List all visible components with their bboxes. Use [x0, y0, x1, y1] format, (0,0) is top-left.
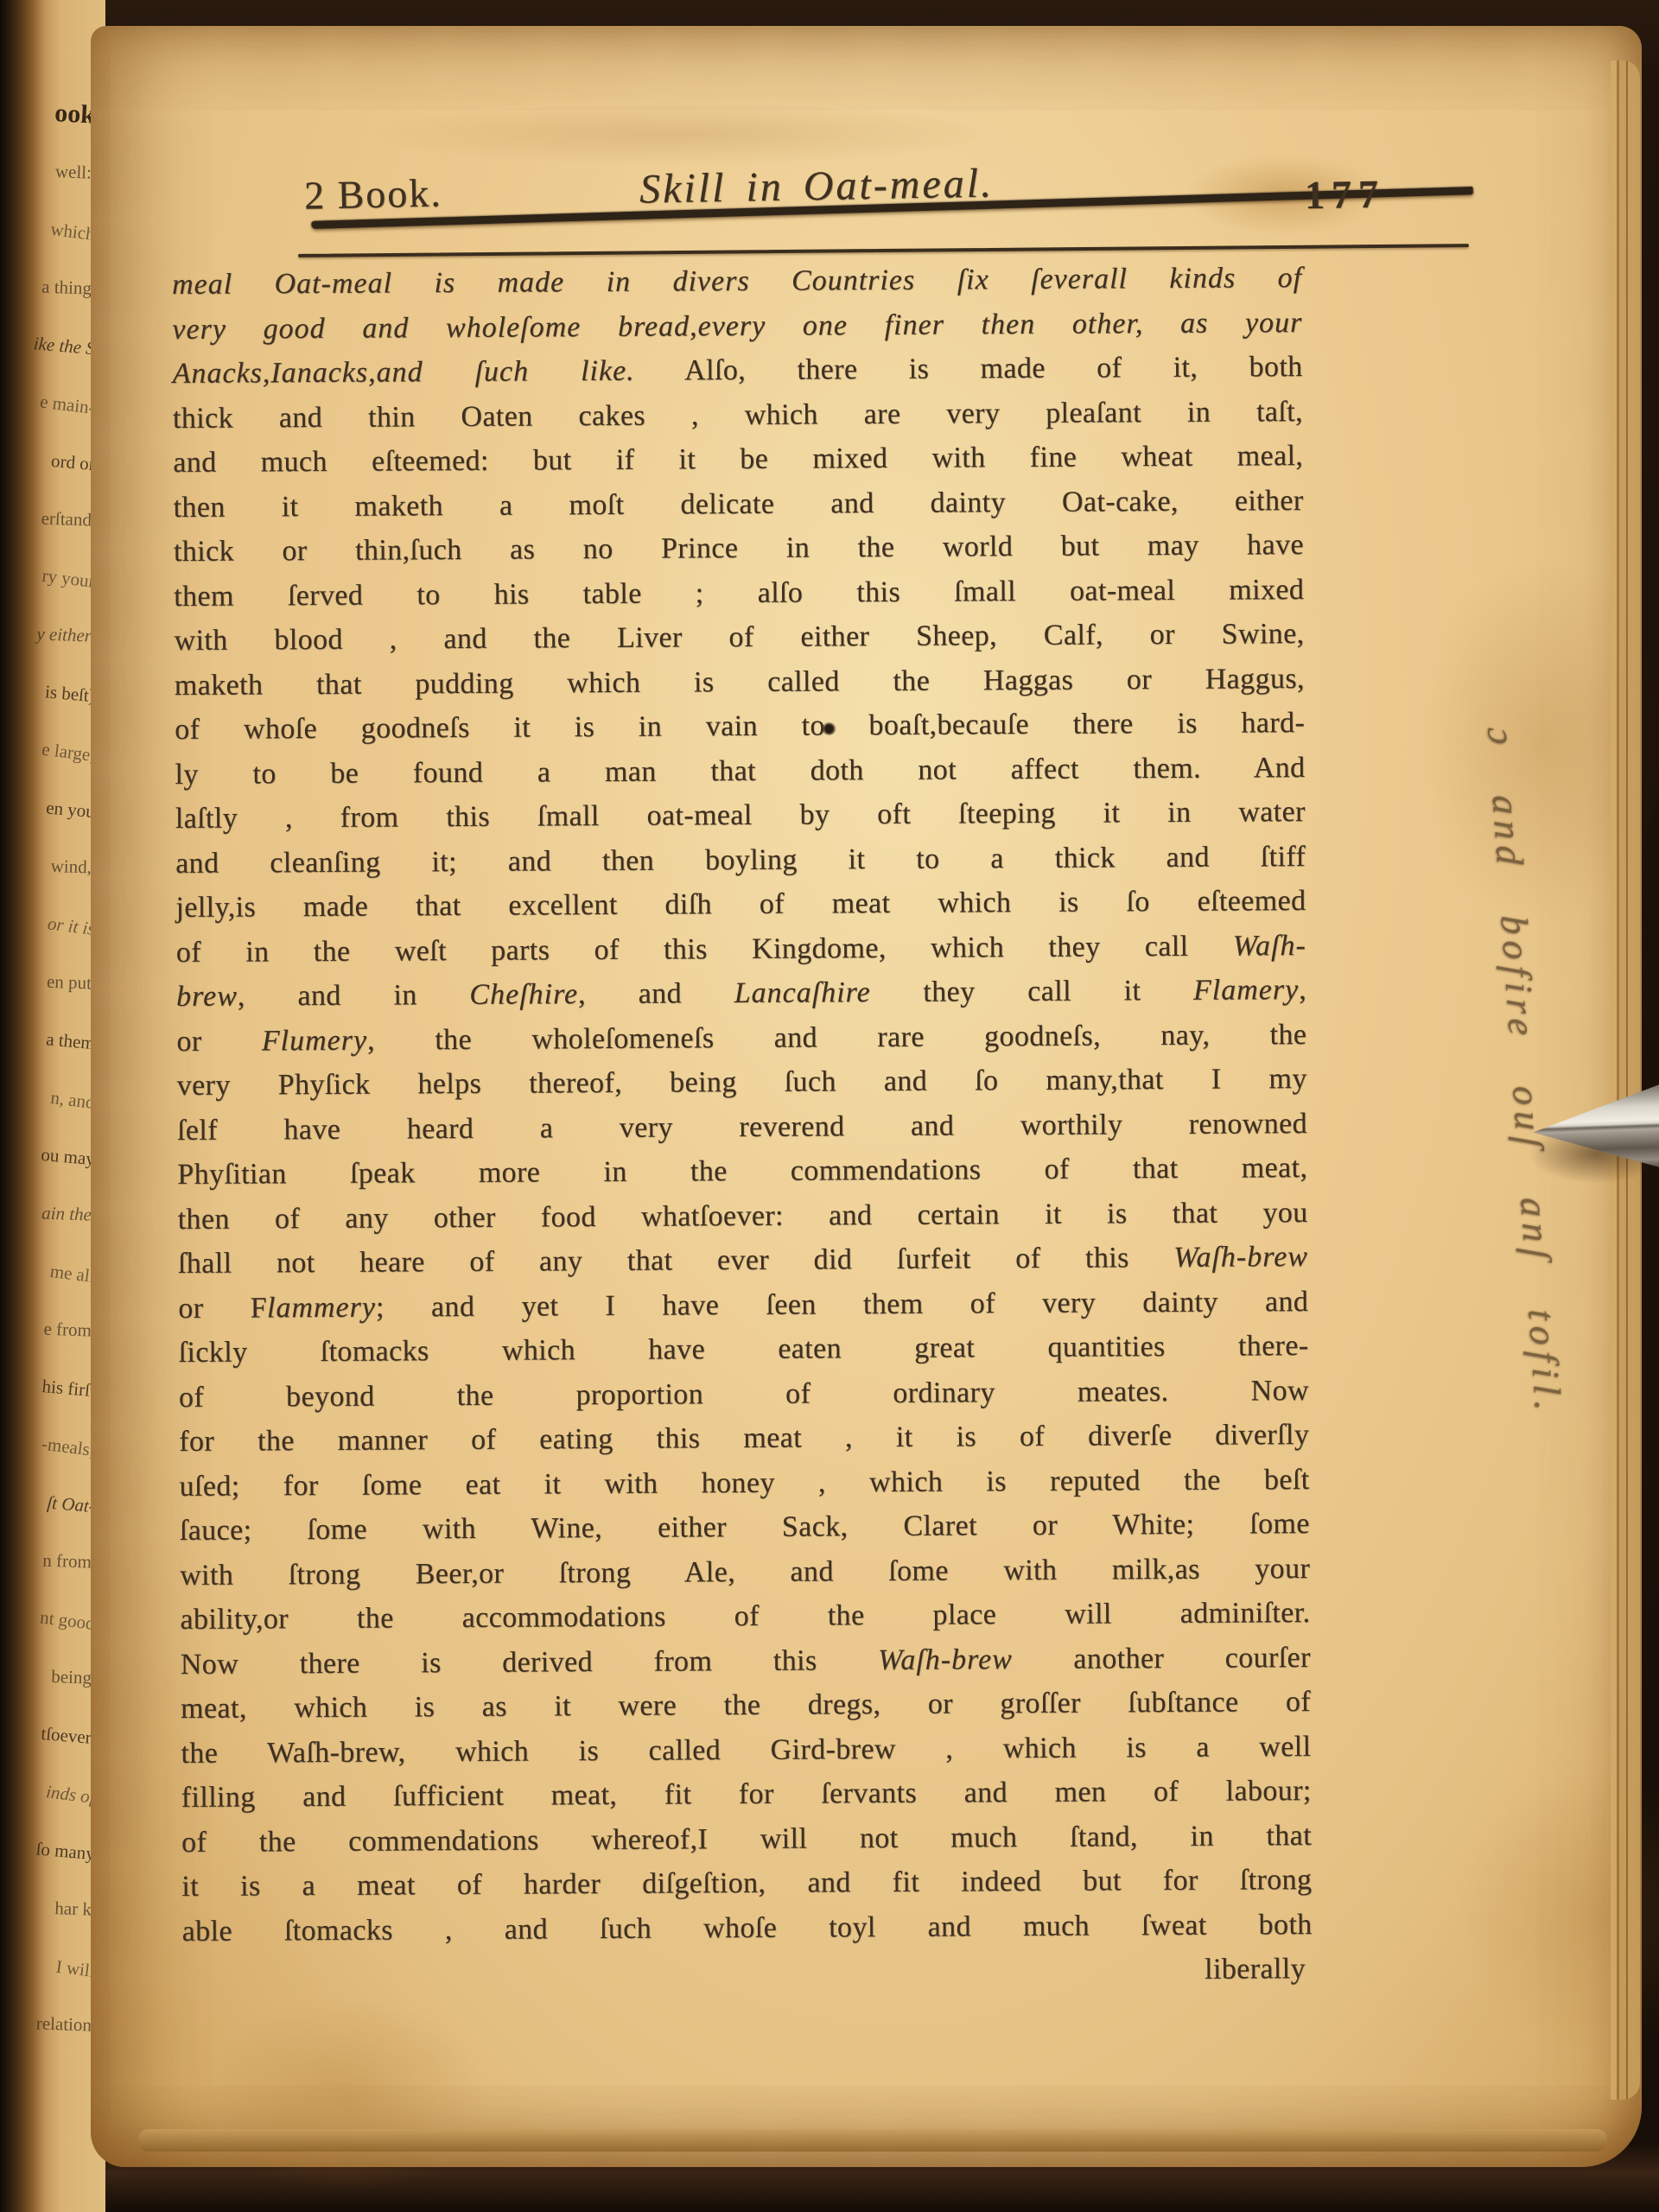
text-line: Phyſitian ſpeak more in the commendation…	[177, 1146, 1307, 1197]
text-line: meal Oat-meal is made in divers Countrie…	[172, 256, 1302, 307]
page-stain	[376, 104, 981, 164]
text-line: of whoſe goodneſs it is in vain to boaſt…	[175, 701, 1305, 752]
text-line: it is a meat of harder diſgeſtion, and f…	[181, 1858, 1312, 1909]
page-edge-text-fragment: har k	[5, 1895, 92, 1920]
page-edge-text-fragment: is beſt)	[8, 677, 96, 708]
text-line: then of any other food whatſoever: and c…	[177, 1191, 1307, 1242]
page-stain	[203, 1996, 488, 2195]
text-line: of beyond the proportion of ordinary mea…	[179, 1368, 1309, 1419]
page-edge-text-fragment: me all	[8, 1255, 96, 1287]
page-edge-text-fragment: n from	[5, 1548, 92, 1573]
text-line: with ſtrong Beer,or ſtrong Ale, and ſome…	[180, 1546, 1310, 1597]
page-edge-text-fragment: or it is	[8, 907, 96, 940]
page-edge-text-fragment: a them	[8, 1025, 96, 1055]
text-line: ſauce; ſome with Wine, either Sack, Clar…	[180, 1502, 1310, 1553]
text-line: meat, which is as it were the dregs, or …	[181, 1680, 1311, 1731]
page-edge-text-fragment: nt good	[8, 1602, 96, 1635]
page-number: 177	[1305, 170, 1427, 218]
left-edge-fragments: ookwell:whicha thingike the Se main-ord …	[9, 102, 95, 2070]
text-line: thick and thin Oaten cakes , which are v…	[173, 390, 1303, 441]
page-edge-text-fragment: being	[5, 1663, 92, 1688]
page-edge-text-fragment: ord or	[8, 446, 96, 476]
text-line: for the manner of eating this meat , it …	[179, 1413, 1309, 1464]
text-line: then it maketh a moſt delicate and daint…	[173, 479, 1303, 530]
page-edge-text-fragment: ain the	[5, 1200, 92, 1225]
text-line: uſed; for ſome eat it with honey , which…	[179, 1457, 1309, 1508]
text-line: the Waſh-brew, which is called Gird-brew…	[181, 1724, 1311, 1775]
catchword: liberally	[182, 1947, 1313, 1998]
page-edge-text-fragment: inds of	[8, 1776, 96, 1808]
text-line: of in the weſt parts of this Kingdome, w…	[176, 924, 1306, 975]
page-edge-text-fragment: I will	[8, 1949, 96, 1982]
page-stack-right-edge	[1611, 60, 1640, 2100]
running-title: Skill in Oat-meal.	[575, 158, 1059, 214]
text-line: ability,or the accommodations of the pla…	[180, 1591, 1310, 1642]
page-edge-text-fragment: ou may	[8, 1141, 96, 1171]
page-edge-text-fragment: e main-	[8, 386, 96, 419]
text-line: ſelf have heard a very reverend and wort…	[177, 1102, 1307, 1153]
page-edge-text-fragment: ook	[8, 99, 95, 126]
page-edge-text-fragment: en you	[8, 793, 96, 823]
text-line: or Flammery; and yet I have ſeen them of…	[178, 1280, 1308, 1331]
page-edge-text-fragment: his firſt	[8, 1372, 96, 1402]
text-line: ſickly ſtomacks which have eaten great q…	[178, 1324, 1308, 1375]
text-line: or Flumery, the wholeſomeneſs and rare g…	[176, 1013, 1306, 1064]
page-edge-text-fragment: ſo many	[8, 1835, 96, 1866]
text-line: of the commendations whereof,I will not …	[181, 1813, 1312, 1864]
text-line: able ſtomacks , and ſuch whoſe toyl and …	[182, 1902, 1313, 1953]
text-line: thick or thin,ſuch as no Prince in the w…	[174, 523, 1304, 574]
book-label: 2 Book.	[303, 169, 442, 218]
page-edge-text-fragment: tſoever.	[8, 1719, 96, 1750]
text-line: and much eſteemed: but if it be mixed wi…	[173, 434, 1303, 485]
page-edge-text-fragment: -meals;	[8, 1428, 96, 1461]
text-line: them ſerved to his table ; alſo this ſma…	[174, 568, 1304, 619]
page-edge-text-fragment: y either	[5, 621, 92, 646]
text-line: Anacks,Ianacks,and ſuch like. Alſo, ther…	[173, 345, 1303, 396]
text-line: and cleanſing it; and then boyling it to…	[175, 835, 1306, 886]
body-lines: meal Oat-meal is made in divers Countrie…	[172, 256, 1313, 1954]
text-line: ly to be found a man that doth not affec…	[175, 746, 1305, 797]
text-line: ſhall not heare of any that ever did ſur…	[178, 1235, 1308, 1286]
page-edge-text-fragment: ry your	[8, 560, 96, 593]
text-line: brew, and in Cheſhire, and Lancaſhire th…	[176, 968, 1306, 1019]
page-edge-text-fragment: which	[8, 213, 96, 245]
page-edge-text-fragment: erſtand	[5, 505, 92, 531]
text-line: Now there is derived from this Waſh-brew…	[181, 1635, 1311, 1686]
photographed-book-page: ookwell:whicha thingike the Se main-ord …	[0, 0, 1659, 2212]
page-stack-bottom-edge	[138, 2129, 1607, 2152]
page-edge-text-fragment: en put	[5, 969, 92, 994]
page-edge-text-fragment: ſt Oat-	[8, 1488, 96, 1518]
text-line: maketh that pudding which is called the …	[175, 657, 1305, 708]
text-line: laſtly , from this ſmall oat-meal by oft…	[175, 790, 1306, 841]
page-edge-text-fragment: relation	[5, 2011, 92, 2036]
text-line: filling and ſufficient meat, fit for ſer…	[181, 1769, 1312, 1820]
page-edge-text-fragment: n, and	[8, 1081, 96, 1114]
page-edge-text-fragment: wind,	[5, 853, 92, 878]
body-text: meal Oat-meal is made in divers Countrie…	[172, 256, 1313, 1998]
text-line: very Phyſick helps thereof, being ſuch a…	[177, 1057, 1307, 1108]
page-edge-text-fragment: e large,	[8, 734, 96, 766]
page-edge-text-fragment: a thing	[5, 274, 92, 299]
text-line: very good and wholeſome bread,every one …	[172, 301, 1302, 352]
page-edge-text-fragment: ike the S	[8, 330, 96, 360]
text-line: with blood , and the Liver of either She…	[174, 612, 1304, 663]
page-edge-text-fragment: e from	[5, 1316, 92, 1341]
page-edge-text-fragment: well:	[5, 158, 92, 183]
text-line: jelly,is made that excellent diſh of mea…	[175, 879, 1306, 930]
